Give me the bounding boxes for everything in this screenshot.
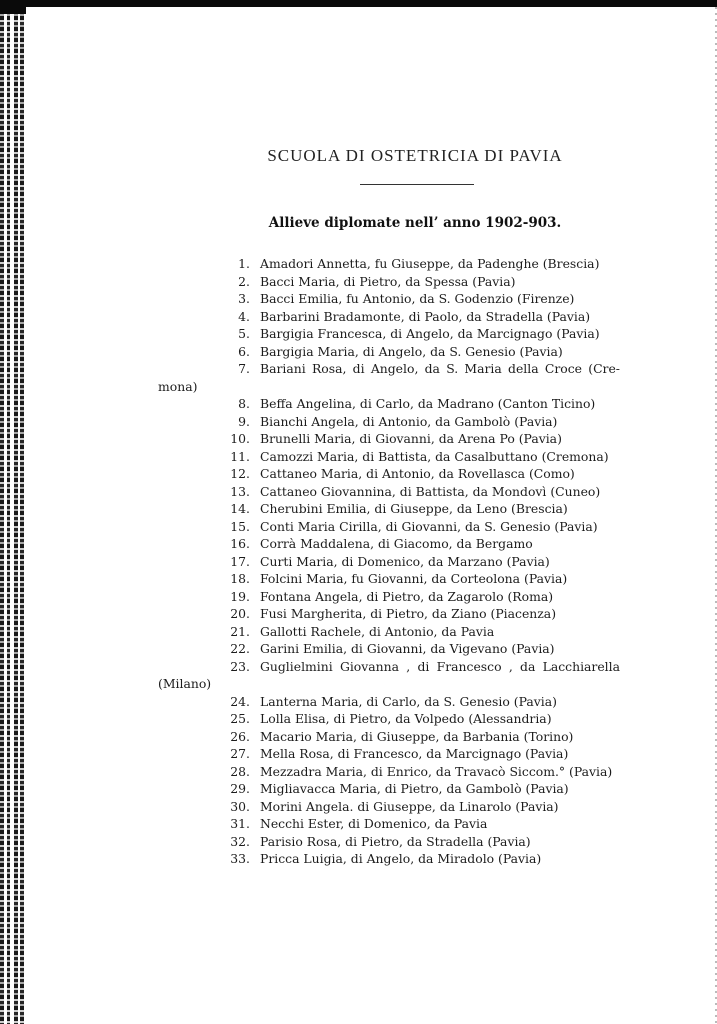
list-item: 29.Migliavacca Maria, di Pietro, da Gamb… xyxy=(210,780,620,798)
entry-number: 30. xyxy=(210,798,250,816)
list-item: 17.Curti Maria, di Domenico, da Marzano … xyxy=(210,553,620,571)
graduates-list: 1.Amadori Annetta, fu Giuseppe, da Paden… xyxy=(210,255,620,868)
entry-text: Bargigia Maria, di Angelo, da S. Genesio… xyxy=(260,343,563,361)
entry-text: Bacci Maria, di Pietro, da Spessa (Pavia… xyxy=(260,273,515,291)
entry-text: Bargigia Francesca, di Angelo, da Marcig… xyxy=(260,325,600,343)
list-item: 15.Conti Maria Cirilla, di Giovanni, da … xyxy=(210,518,620,536)
entry-text: Conti Maria Cirilla, di Giovanni, da S. … xyxy=(260,518,598,536)
list-item: 3.Bacci Emilia, fu Antonio, da S. Godenz… xyxy=(210,290,620,308)
entry-text: Fusi Margherita, di Pietro, da Ziano (Pi… xyxy=(260,605,556,623)
list-item: 24.Lanterna Maria, di Carlo, da S. Genes… xyxy=(210,693,620,711)
page-title: SCUOLA DI OSTETRICIA DI PAVIA xyxy=(0,146,717,166)
entry-text: Cherubini Emilia, di Giuseppe, da Leno (… xyxy=(260,500,568,518)
list-item: 25.Lolla Elisa, di Pietro, da Volpedo (A… xyxy=(210,710,620,728)
entry-number: 11. xyxy=(210,448,250,466)
entry-number: 13. xyxy=(210,483,250,501)
entry-number: 20. xyxy=(210,605,250,623)
entry-text-continuation: mona) xyxy=(158,378,197,396)
list-item: 1.Amadori Annetta, fu Giuseppe, da Paden… xyxy=(210,255,620,273)
entry-text: Cattaneo Giovannina, di Battista, da Mon… xyxy=(260,483,600,501)
list-item: 33.Pricca Luigia, di Angelo, da Miradolo… xyxy=(210,850,620,868)
entry-number: 15. xyxy=(210,518,250,536)
list-item: 2.Bacci Maria, di Pietro, da Spessa (Pav… xyxy=(210,273,620,291)
entry-text: Necchi Ester, di Domenico, da Pavia xyxy=(260,815,487,833)
entry-number: 7. xyxy=(210,360,250,378)
entry-text: Garini Emilia, di Giovanni, da Vigevano … xyxy=(260,640,555,658)
list-item: 12.Cattaneo Maria, di Antonio, da Rovell… xyxy=(210,465,620,483)
list-item: 4.Barbarini Bradamonte, di Paolo, da Str… xyxy=(210,308,620,326)
entry-number: 5. xyxy=(210,325,250,343)
page-top-edge xyxy=(0,0,717,7)
entry-text: Pricca Luigia, di Angelo, da Miradolo (P… xyxy=(260,850,541,868)
list-item: 5.Bargigia Francesca, di Angelo, da Marc… xyxy=(210,325,620,343)
entry-number: 32. xyxy=(210,833,250,851)
entry-number: 16. xyxy=(210,535,250,553)
entry-number: 9. xyxy=(210,413,250,431)
list-item: 9.Bianchi Angela, di Antonio, da Gambolò… xyxy=(210,413,620,431)
list-item: 28.Mezzadra Maria, di Enrico, da Travacò… xyxy=(210,763,620,781)
entry-text: Beffa Angelina, di Carlo, da Madrano (Ca… xyxy=(260,395,595,413)
section-heading: Allieve diplomate nell’ anno 1902-903. xyxy=(0,215,717,231)
list-item: 13.Cattaneo Giovannina, di Battista, da … xyxy=(210,483,620,501)
list-item: 18.Folcini Maria, fu Giovanni, da Corteo… xyxy=(210,570,620,588)
entry-text: Mezzadra Maria, di Enrico, da Travacò Si… xyxy=(260,763,612,781)
entry-text: Cattaneo Maria, di Antonio, da Rovellasc… xyxy=(260,465,575,483)
entry-text: Migliavacca Maria, di Pietro, da Gambolò… xyxy=(260,780,569,798)
entry-text: Guglielmini Giovanna , di Francesco , da… xyxy=(260,658,620,676)
list-item: 23.Guglielmini Giovanna , di Francesco ,… xyxy=(210,658,620,676)
list-item: 10.Brunelli Maria, di Giovanni, da Arena… xyxy=(210,430,620,448)
entry-text: Parisio Rosa, di Pietro, da Stradella (P… xyxy=(260,833,531,851)
entry-text: Lolla Elisa, di Pietro, da Volpedo (Ales… xyxy=(260,710,552,728)
entry-text-continuation: (Milano) xyxy=(158,675,211,693)
list-item-continuation: mona) xyxy=(158,378,620,396)
entry-number: 33. xyxy=(210,850,250,868)
list-item: 16.Corrà Maddalena, di Giacomo, da Berga… xyxy=(210,535,620,553)
entry-number: 21. xyxy=(210,623,250,641)
entry-text: Curti Maria, di Domenico, da Marzano (Pa… xyxy=(260,553,550,571)
list-item: 32.Parisio Rosa, di Pietro, da Stradella… xyxy=(210,833,620,851)
entry-text: Corrà Maddalena, di Giacomo, da Bergamo xyxy=(260,535,533,553)
entry-number: 2. xyxy=(210,273,250,291)
entry-number: 18. xyxy=(210,570,250,588)
list-item: 11.Camozzi Maria, di Battista, da Casalb… xyxy=(210,448,620,466)
list-item: 26.Macario Maria, di Giuseppe, da Barban… xyxy=(210,728,620,746)
entry-number: 24. xyxy=(210,693,250,711)
entry-text: Folcini Maria, fu Giovanni, da Corteolon… xyxy=(260,570,567,588)
title-divider xyxy=(360,184,474,185)
list-item: 19.Fontana Angela, di Pietro, da Zagarol… xyxy=(210,588,620,606)
list-item: 22.Garini Emilia, di Giovanni, da Vigeva… xyxy=(210,640,620,658)
list-item: 8.Beffa Angelina, di Carlo, da Madrano (… xyxy=(210,395,620,413)
entry-number: 29. xyxy=(210,780,250,798)
list-item: 27.Mella Rosa, di Francesco, da Marcigna… xyxy=(210,745,620,763)
entry-number: 27. xyxy=(210,745,250,763)
entry-text: Macario Maria, di Giuseppe, da Barbania … xyxy=(260,728,573,746)
list-item: 21.Gallotti Rachele, di Antonio, da Pavi… xyxy=(210,623,620,641)
list-item: 30.Morini Angela. di Giuseppe, da Linaro… xyxy=(210,798,620,816)
entry-number: 19. xyxy=(210,588,250,606)
entry-text: Bianchi Angela, di Antonio, da Gambolò (… xyxy=(260,413,557,431)
entry-number: 12. xyxy=(210,465,250,483)
entry-number: 4. xyxy=(210,308,250,326)
entry-text: Fontana Angela, di Pietro, da Zagarolo (… xyxy=(260,588,553,606)
entry-text: Amadori Annetta, fu Giuseppe, da Padengh… xyxy=(260,255,599,273)
entry-number: 26. xyxy=(210,728,250,746)
entry-text: Morini Angela. di Giuseppe, da Linarolo … xyxy=(260,798,559,816)
entry-number: 3. xyxy=(210,290,250,308)
entry-text: Lanterna Maria, di Carlo, da S. Genesio … xyxy=(260,693,557,711)
list-item: 20.Fusi Margherita, di Pietro, da Ziano … xyxy=(210,605,620,623)
list-item: 6.Bargigia Maria, di Angelo, da S. Genes… xyxy=(210,343,620,361)
entry-text: Mella Rosa, di Francesco, da Marcignago … xyxy=(260,745,568,763)
entry-text: Gallotti Rachele, di Antonio, da Pavia xyxy=(260,623,494,641)
entry-text: Bariani Rosa, di Angelo, da S. Maria del… xyxy=(260,360,620,378)
entry-text: Barbarini Bradamonte, di Paolo, da Strad… xyxy=(260,308,590,326)
entry-number: 22. xyxy=(210,640,250,658)
list-item: 14.Cherubini Emilia, di Giuseppe, da Len… xyxy=(210,500,620,518)
entry-number: 1. xyxy=(210,255,250,273)
entry-number: 14. xyxy=(210,500,250,518)
entry-text: Bacci Emilia, fu Antonio, da S. Godenzio… xyxy=(260,290,574,308)
entry-number: 23. xyxy=(210,658,250,676)
list-item: 31.Necchi Ester, di Domenico, da Pavia xyxy=(210,815,620,833)
list-item: 7.Bariani Rosa, di Angelo, da S. Maria d… xyxy=(210,360,620,378)
entry-text: Brunelli Maria, di Giovanni, da Arena Po… xyxy=(260,430,562,448)
entry-number: 6. xyxy=(210,343,250,361)
entry-number: 31. xyxy=(210,815,250,833)
entry-number: 25. xyxy=(210,710,250,728)
entry-number: 10. xyxy=(210,430,250,448)
entry-text: Camozzi Maria, di Battista, da Casalbutt… xyxy=(260,448,609,466)
entry-number: 8. xyxy=(210,395,250,413)
list-item-continuation: (Milano) xyxy=(158,675,620,693)
entry-number: 28. xyxy=(210,763,250,781)
entry-number: 17. xyxy=(210,553,250,571)
binding-corner xyxy=(0,0,26,14)
